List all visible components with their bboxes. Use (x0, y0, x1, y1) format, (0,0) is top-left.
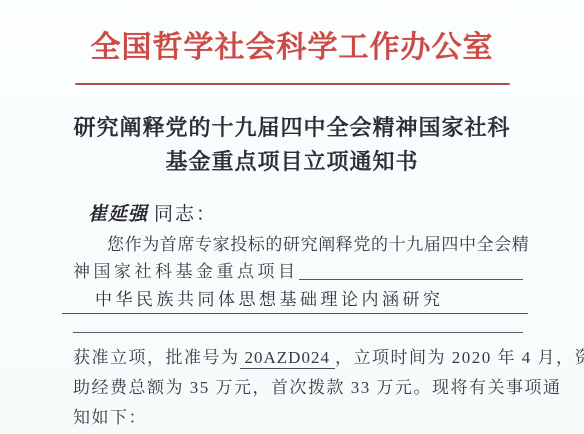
body-paragraph2-line3: 知如下： (73, 407, 147, 428)
document-title: 研究阐释党的十九届四中全会精神国家社科 基金重点项目立项通知书 (0, 111, 584, 179)
salutation-suffix: 同志： (154, 204, 217, 225)
letterhead-divider (75, 83, 510, 85)
document-title-line1: 研究阐释党的十九届四中全会精神国家社科 (0, 111, 584, 145)
body-paragraph2-line1: 获准立项，批准号为20AZD024，立项时间为 2020 年 4 月，资 (73, 347, 584, 369)
body-paragraph1-line2-text: 神国家社科基金重点项目 (73, 261, 299, 282)
approval-suffix-text: ，立项时间为 2020 年 4 月，资 (335, 348, 584, 367)
body-paragraph1-line1: 您作为首席专家投标的研究阐释党的十九届四中全会精 (107, 234, 529, 255)
project-title: 中华民族共同体思想基础理论内涵研究 (95, 290, 444, 309)
document-title-line2: 基金重点项目立项通知书 (0, 145, 584, 179)
issuing-org-name: 全国哲学社会科学工作办公室 (0, 22, 584, 66)
salutation: 崔延强同志： (88, 199, 217, 226)
project-title-line: 中华民族共同体思想基础理论内涵研究 (62, 289, 528, 314)
body-paragraph1-line2: 神国家社科基金重点项目 (73, 261, 523, 282)
recipient-name: 崔延强 (88, 204, 148, 225)
approval-number: 20AZD024 (240, 347, 335, 369)
blank-fill-rule (73, 332, 523, 333)
approval-notice-document: 全国哲学社会科学工作办公室 研究阐释党的十九届四中全会精神国家社科 基金重点项目… (0, 0, 584, 434)
approval-prefix-text: 获准立项，批准号为 (73, 348, 240, 367)
body-paragraph2-line2: 助经费总额为 35 万元，首次拨款 33 万元。现将有关事项通 (73, 377, 562, 398)
